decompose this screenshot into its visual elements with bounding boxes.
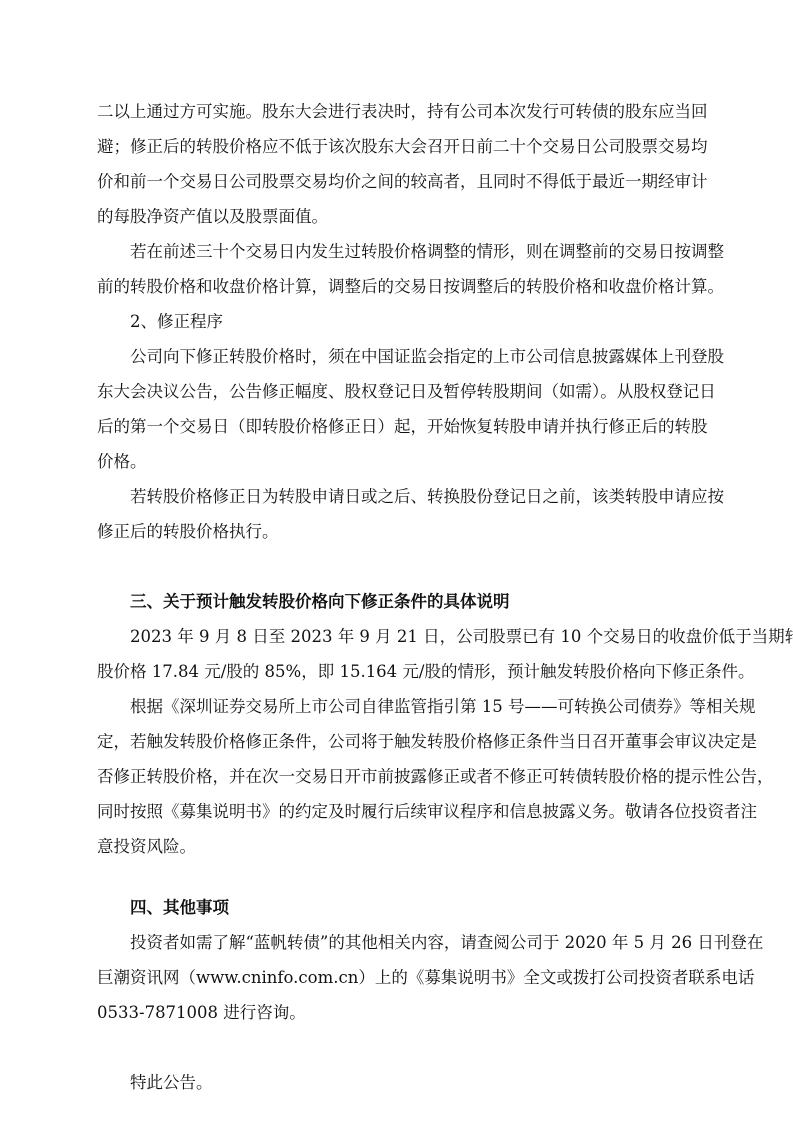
spacer	[97, 864, 699, 890]
paragraph-approval-rule: 二以上通过方可实施。股东大会进行表决时，持有公司本次发行可转债的股东应当回 避；…	[97, 94, 699, 234]
text-line: 同时按照《募集说明书》的约定及时履行后续审议程序和信息披露义务。敬请各位投资者注	[97, 794, 699, 829]
paragraph-other-matters: 投资者如需了解“蓝帆转债”的其他相关内容，请查阅公司于 2020 年 5 月 2…	[97, 925, 699, 1030]
paragraph-conversion-application: 若转股价格修正日为转股申请日或之后、转换股份登记日之前，该类转股申请应按 修正后…	[97, 479, 699, 549]
text-line: 价格。	[97, 444, 699, 479]
text-line: 二以上通过方可实施。股东大会进行表决时，持有公司本次发行可转债的股东应当回	[97, 94, 699, 129]
text-line: 修正后的转股价格执行。	[97, 514, 699, 549]
section-heading-3: 三、关于预计触发转股价格向下修正条件的具体说明	[97, 584, 699, 619]
text-line: 前的转股价格和收盘价格计算，调整后的交易日按调整后的转股价格和收盘价格计算。	[97, 269, 699, 304]
text-line: 避；修正后的转股价格应不低于该次股东大会召开日前二十个交易日公司股票交易均	[97, 129, 699, 164]
closing-statement: 特此公告。	[97, 1065, 699, 1100]
text-line: 2、修正程序	[97, 304, 699, 339]
spacer	[97, 549, 699, 584]
text-line: 的每股净资产值以及股票面值。	[97, 199, 699, 234]
subheading-revision-procedure: 2、修正程序	[97, 304, 699, 339]
section-heading-4: 四、其他事项	[97, 890, 699, 925]
text-line: 若转股价格修正日为转股申请日或之后、转换股份登记日之前，该类转股申请应按	[97, 479, 699, 514]
text-line: 后的第一个交易日（即转股价格修正日）起，开始恢复转股申请并执行修正后的转股	[97, 409, 699, 444]
text-line: 否修正转股价格，并在次一交易日开市前披露修正或者不修正可转债转股价格的提示性公告…	[97, 759, 699, 794]
paragraph-trigger-dates: 2023 年 9 月 8 日至 2023 年 9 月 21 日，公司股票已有 1…	[97, 619, 699, 689]
document-page: 二以上通过方可实施。股东大会进行表决时，持有公司本次发行可转债的股东应当回 避；…	[97, 94, 699, 1100]
text-line: 0533-7871008 进行咨询。	[97, 995, 699, 1030]
spacer	[97, 1030, 699, 1065]
text-line: 公司向下修正转股价格时，须在中国证监会指定的上市公司信息披露媒体上刊登股	[97, 339, 699, 374]
text-line: 定，若触发转股价格修正条件，公司将于触发转股价格修正条件当日召开董事会审议决定是	[97, 724, 699, 759]
text-line: 东大会决议公告，公告修正幅度、股权登记日及暂停转股期间（如需）。从股权登记日	[97, 374, 699, 409]
text-line: 根据《深圳证券交易所上市公司自律监管指引第 15 号——可转换公司债券》等相关规	[97, 689, 699, 724]
text-line: 若在前述三十个交易日内发生过转股价格调整的情形，则在调整前的交易日按调整	[97, 234, 699, 269]
text-line: 股价格 17.84 元/股的 85%，即 15.164 元/股的情形，预计触发转…	[97, 654, 699, 689]
text-line: 投资者如需了解“蓝帆转债”的其他相关内容，请查阅公司于 2020 年 5 月 2…	[97, 925, 699, 960]
paragraph-revision-procedure: 公司向下修正转股价格时，须在中国证监会指定的上市公司信息披露媒体上刊登股 东大会…	[97, 339, 699, 479]
paragraph-price-adjustment: 若在前述三十个交易日内发生过转股价格调整的情形，则在调整前的交易日按调整 前的转…	[97, 234, 699, 304]
text-line: 2023 年 9 月 8 日至 2023 年 9 月 21 日，公司股票已有 1…	[97, 619, 699, 654]
paragraph-regulatory-basis: 根据《深圳证券交易所上市公司自律监管指引第 15 号——可转换公司债券》等相关规…	[97, 689, 699, 864]
text-line: 特此公告。	[97, 1065, 699, 1100]
text-line: 巨潮资讯网（www.cninfo.com.cn）上的《募集说明书》全文或拨打公司…	[97, 960, 699, 995]
text-line: 价和前一个交易日公司股票交易均价之间的较高者，且同时不得低于最近一期经审计	[97, 164, 699, 199]
text-line: 意投资风险。	[97, 829, 699, 864]
